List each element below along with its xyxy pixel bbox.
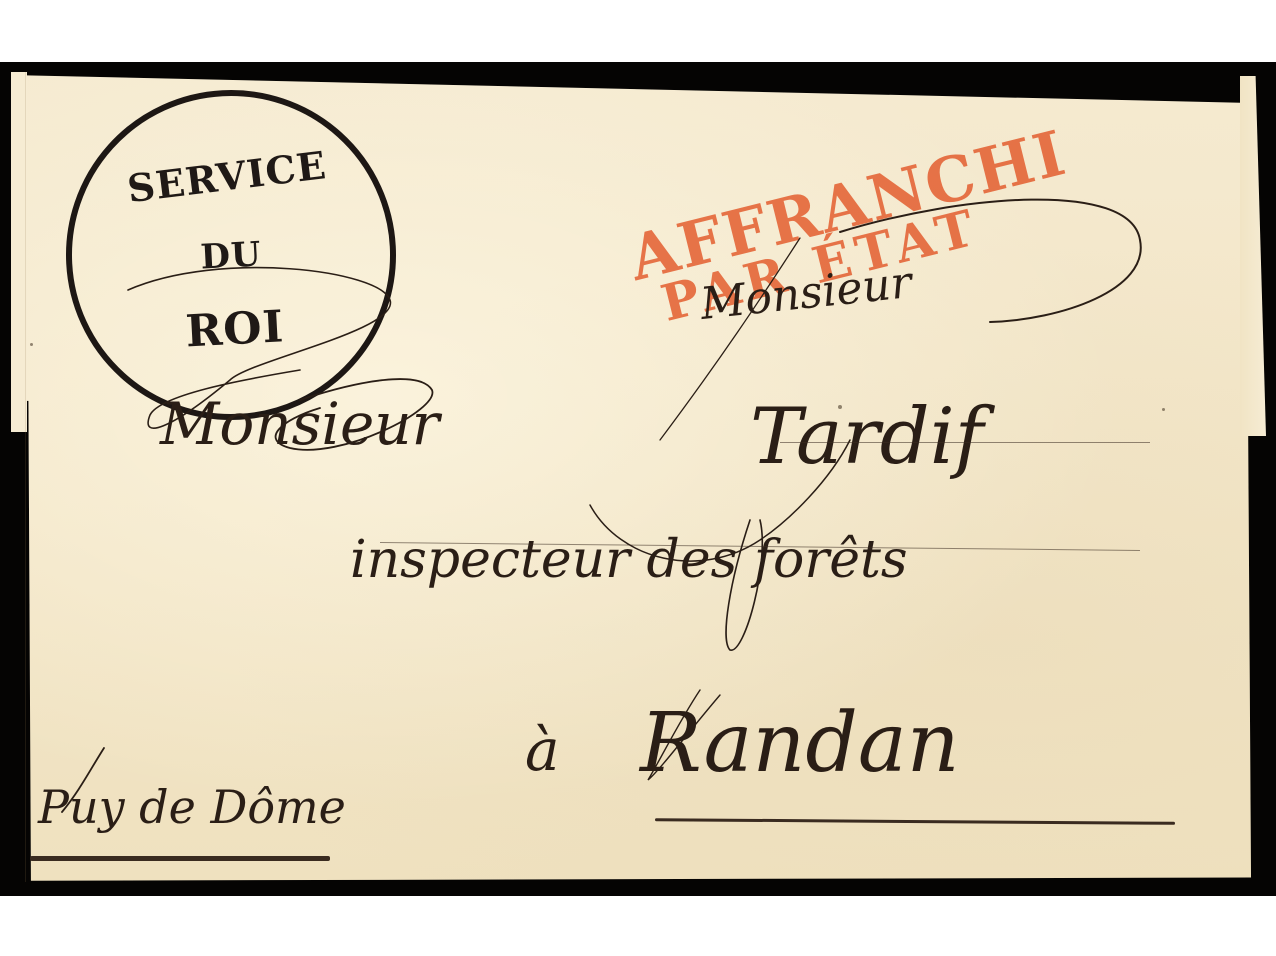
ruling-line [780,442,1150,443]
postmark-line-2: DU [71,228,391,285]
postmark-line-3: ROI [75,296,395,364]
addressee-title: inspecteur des forêts [350,530,908,590]
destination-city: Randan [640,696,960,791]
address-preposition: à [525,716,560,784]
ink-speck [1162,408,1165,411]
fold-crease [25,72,26,882]
addressee-name: Tardif [750,392,984,482]
ink-speck [30,343,33,346]
destination-department: Puy de Dôme [38,780,346,834]
salutation: Monsieur [160,390,439,458]
department-underline [30,856,330,861]
postmark-line-1: SERVICE [66,135,387,218]
